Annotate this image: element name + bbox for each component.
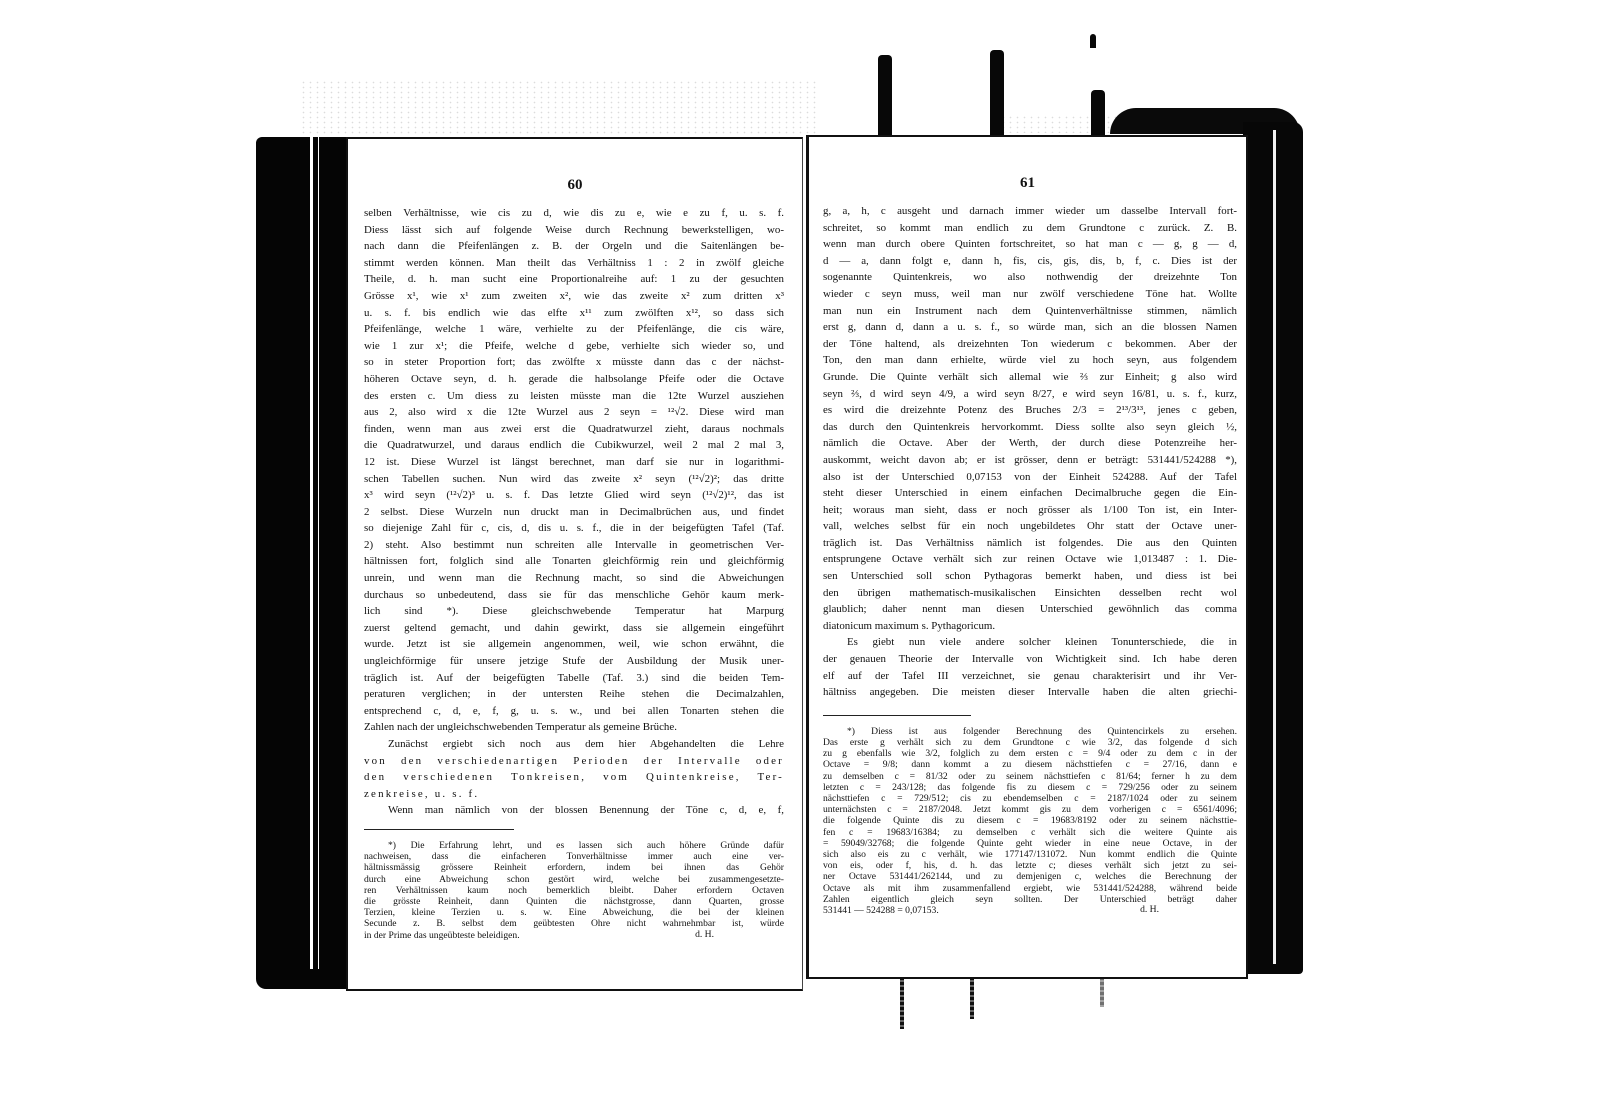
page-number: 61	[809, 175, 1246, 192]
text-line: schen Tabellen suchen. Nun wird das zwei…	[364, 471, 784, 488]
text-line: erst g, dann d, dann a u. s. f., so würd…	[823, 319, 1237, 336]
text-line: 12 ist. Diese Wurzel ist längst berechne…	[364, 454, 784, 471]
text-line: träglich ist. Das Verhältniss nämlich is…	[823, 535, 1237, 552]
text-line: Diess lässt sich auf folgende Weise durc…	[364, 222, 784, 239]
right-page: 61 g, a, h, c ausgeht und darnach immer …	[806, 135, 1248, 979]
footnote-signature: d. H.	[695, 929, 714, 940]
text-line: zu g ebenfalls wie 3/2, folglich zu dem …	[823, 748, 1237, 759]
footnote-signature: d. H.	[1140, 904, 1159, 915]
text-line: durch eine Abweichung schon gestört wird…	[364, 874, 784, 885]
text-line: das durch den Quintenkreis hervorkommt. …	[823, 419, 1237, 436]
text-line: zuerst geltend gemacht, und dahin gewirk…	[364, 620, 784, 637]
page-marker-tab	[990, 50, 1004, 136]
text-line: aus 2, also wird x die 12te Wurzel aus 2…	[364, 404, 784, 421]
text-line: sogenannte Quintenkreis, wo also nothwen…	[823, 269, 1237, 286]
text-line: Zahlen nach der ungleichschwebenden Temp…	[364, 719, 784, 736]
page-marker-tab	[1091, 90, 1105, 136]
text-line: lich sind *). Diese gleichschwebende Tem…	[364, 603, 784, 620]
left-page: 60 selben Verhältnisse, wie cis zu d, wi…	[346, 137, 803, 991]
body-lines: selben Verhältnisse, wie cis zu d, wie d…	[364, 205, 784, 819]
text-line: höheren Octave seyn, d. h. gerade die ha…	[364, 371, 784, 388]
text-line: also ist der Unterschied 0,07153 von der…	[823, 469, 1237, 486]
text-line: diatonicum maximum s. Pythagoricum.	[823, 618, 1237, 635]
text-line: der Töne haltend, als dreizehnten Ton wi…	[823, 336, 1237, 353]
footnote-rule	[364, 829, 514, 830]
text-line: wenn man durch obere Quinten fortschreit…	[823, 236, 1237, 253]
text-line: Grunde. Die Quinte verhält sich allemal …	[823, 369, 1237, 386]
text-line: selben Verhältnisse, wie cis zu d, wie d…	[364, 205, 784, 222]
scan-noise	[300, 80, 820, 135]
book-cover-left	[256, 137, 348, 989]
text-line: Pfeifenlänge, welche 1 wäre, verhielte z…	[364, 321, 784, 338]
text-line: = 59049/32768; die folgende Quinte geht …	[823, 838, 1237, 849]
text-line: man nun ein Instrument nach dem Quintenv…	[823, 303, 1237, 320]
text-line: ungleichförmige für unsere jetzige Stufe…	[364, 653, 784, 670]
text-line: Es giebt nun viele andere solcher kleine…	[823, 634, 1237, 651]
text-line: entsprungene Octave verhält sich zur rei…	[823, 551, 1237, 568]
text-line: Terzien, kleine Terzien u. s. w. Eine Ab…	[364, 907, 784, 918]
text-line: ren Verhältnissen kaum noch bemerklich b…	[364, 885, 784, 896]
text-line: hältnissmässig grössere Reinheit erforde…	[364, 862, 784, 873]
text-line: der genauen Theorie der Intervalle von W…	[823, 651, 1237, 668]
text-line: hältniss angegeben. Die meisten dieser I…	[823, 684, 1237, 701]
text-line: hältnissen fort, folglich sind alle Tona…	[364, 553, 784, 570]
page-marker-tab	[878, 55, 892, 135]
text-line: glaublich; daher nennt man diesen Unters…	[823, 601, 1237, 618]
text-line: nachweisen, dass die einfacheren Tonverh…	[364, 851, 784, 862]
page-number: 60	[348, 177, 802, 194]
text-line: 2 selbst. Diese Wurzeln nun druckt man i…	[364, 504, 784, 521]
text-line: Octave als mit ihm zusammenfallend ergie…	[823, 883, 1237, 894]
body-lines: g, a, h, c ausgeht und darnach immer wie…	[823, 203, 1237, 701]
text-line: von eis, oder f, his, d. h. das letzte c…	[823, 860, 1237, 871]
text-line: 531441 — 524288 = 0,07153.	[823, 905, 1237, 916]
text-line: die grösste Reinheit, dann Quinten die n…	[364, 896, 784, 907]
text-line: Wenn man nämlich von der blossen Benennu…	[364, 802, 784, 819]
text-line: Secunde z. B. selbst dem geübtesten Ohre…	[364, 918, 784, 929]
text-line: fen c = 19683/16384; zu demselben c verh…	[823, 827, 1237, 838]
text-line: es wird die dreizehnte Potenz des Bruche…	[823, 402, 1237, 419]
body-text: selben Verhältnisse, wie cis zu d, wie d…	[364, 205, 784, 942]
text-line: zu demselben c = 81/32 oder zu seinem nä…	[823, 771, 1237, 782]
text-line: Octave = 9/8; dann kommt a zu diesem näc…	[823, 759, 1237, 770]
body-text: g, a, h, c ausgeht und darnach immer wie…	[823, 203, 1237, 917]
text-line: Zunächst ergiebt sich noch aus dem hier …	[364, 736, 784, 753]
text-line: *) Die Erfahrung lehrt, und es lassen si…	[364, 840, 784, 851]
text-line: des ersten c. Um diess zu leisten müsste…	[364, 388, 784, 405]
book-cover-right	[1243, 122, 1303, 974]
text-line: elf auf der Tafel III verzeichnet, sie g…	[823, 668, 1237, 685]
text-line: vall, welches selbst für ein noch ungebi…	[823, 518, 1237, 535]
text-line: finden, wenn man aus zwei erst die Quadr…	[364, 421, 784, 438]
text-line: g, a, h, c ausgeht und darnach immer wie…	[823, 203, 1237, 220]
text-line: seyn ⅔, d wird seyn 4/9, a wird seyn 8/2…	[823, 386, 1237, 403]
text-line: träglich ist. Auf der beigefügten Tabell…	[364, 670, 784, 687]
footnote-rule	[823, 715, 971, 716]
text-line: 2) steht. Also bestimmt nun schreiten al…	[364, 537, 784, 554]
text-line: x³ wird seyn (¹²√2)³ u. s. f. Das letzte…	[364, 487, 784, 504]
page-marker-tab	[1090, 34, 1096, 48]
text-line: Grösse x¹, wie x¹ zum zweiten x², wie da…	[364, 288, 784, 305]
text-line: ner Octave 531441/262144, und zu demjeni…	[823, 871, 1237, 882]
text-line: den verschiedenen Tonkreisen, vom Quinte…	[364, 769, 784, 786]
text-line: die Quadratwurzel, und daraus endlich di…	[364, 437, 784, 454]
text-line: sen Unterschied soll schon Pythagoras be…	[823, 568, 1237, 585]
text-line: sich also eis zu c verhält, wie 177147/1…	[823, 849, 1237, 860]
text-line: Theile, d. h. man sucht eine Proportiona…	[364, 271, 784, 288]
text-line: in der Prime das ungeübteste beleidigen.	[364, 930, 784, 941]
text-line: stimmt werden können. Man theilt das Ver…	[364, 255, 784, 272]
text-line: schreitet, so kommt man endlich zu dem G…	[823, 220, 1237, 237]
text-line: den übrigen mathematisch-musikalischen E…	[823, 585, 1237, 602]
text-line: zenkreise, u. s. f.	[364, 786, 784, 803]
text-line: von den verschiedenartigen Perioden der …	[364, 753, 784, 770]
text-line: wieder c seyn muss, weil man nur zwölf v…	[823, 286, 1237, 303]
footnote: *) Diess ist aus folgender Berechnung de…	[823, 726, 1237, 916]
text-line: nächsttiefen c = 729/512; cis zu ebendem…	[823, 793, 1237, 804]
text-line: unternächsten c = 2187/2048. Jetzt kommt…	[823, 804, 1237, 815]
text-line: d — a, dann folgt e, dann h, fis, cis, g…	[823, 253, 1237, 270]
text-line: Ton, den man dann erhielte, würde viel z…	[823, 352, 1237, 369]
text-line: wie 1 zur x¹; die Pfeife, welche d gebe,…	[364, 338, 784, 355]
text-line: durchaus so unbedeutend, dass sie für da…	[364, 587, 784, 604]
text-line: *) Diess ist aus folgender Berechnung de…	[823, 726, 1237, 737]
text-line: letzten c = 243/128; das folgende fis zu…	[823, 782, 1237, 793]
text-line: auskommt, weicht davon ab; er ist grösse…	[823, 452, 1237, 469]
text-line: Das erste g verhält sich zu dem Grundton…	[823, 737, 1237, 748]
text-line: Zahlen eigentlich gleich seyn sollten. D…	[823, 894, 1237, 905]
text-line: entsprechend c, d, e, f, g, u. s. w., un…	[364, 703, 784, 720]
text-line: nämlich die Octave. Aber der Werth, der …	[823, 435, 1237, 452]
text-line: die folgende Quinte dis zu diesem c = 19…	[823, 815, 1237, 826]
text-line: peraturen verglichen; in der untersten R…	[364, 686, 784, 703]
text-line: u. s. f. bis endlich wie das elfte x¹¹ z…	[364, 305, 784, 322]
text-line: steht dieser Unterschied in einem einfac…	[823, 485, 1237, 502]
text-line: unrein, und wenn man die Rechnung macht,…	[364, 570, 784, 587]
footnote: *) Die Erfahrung lehrt, und es lassen si…	[364, 840, 784, 941]
text-line: heit; woraus man sieht, dass er noch grö…	[823, 502, 1237, 519]
text-line: so diejenige Zahl für c, cis, d, dis u. …	[364, 520, 784, 537]
text-line: wurde. Jetzt ist sie allgemein angenomme…	[364, 636, 784, 653]
text-line: so in steter Proportion fort; das zwölft…	[364, 354, 784, 371]
text-line: nach dann die Pfeifenlängen z. B. der Or…	[364, 238, 784, 255]
